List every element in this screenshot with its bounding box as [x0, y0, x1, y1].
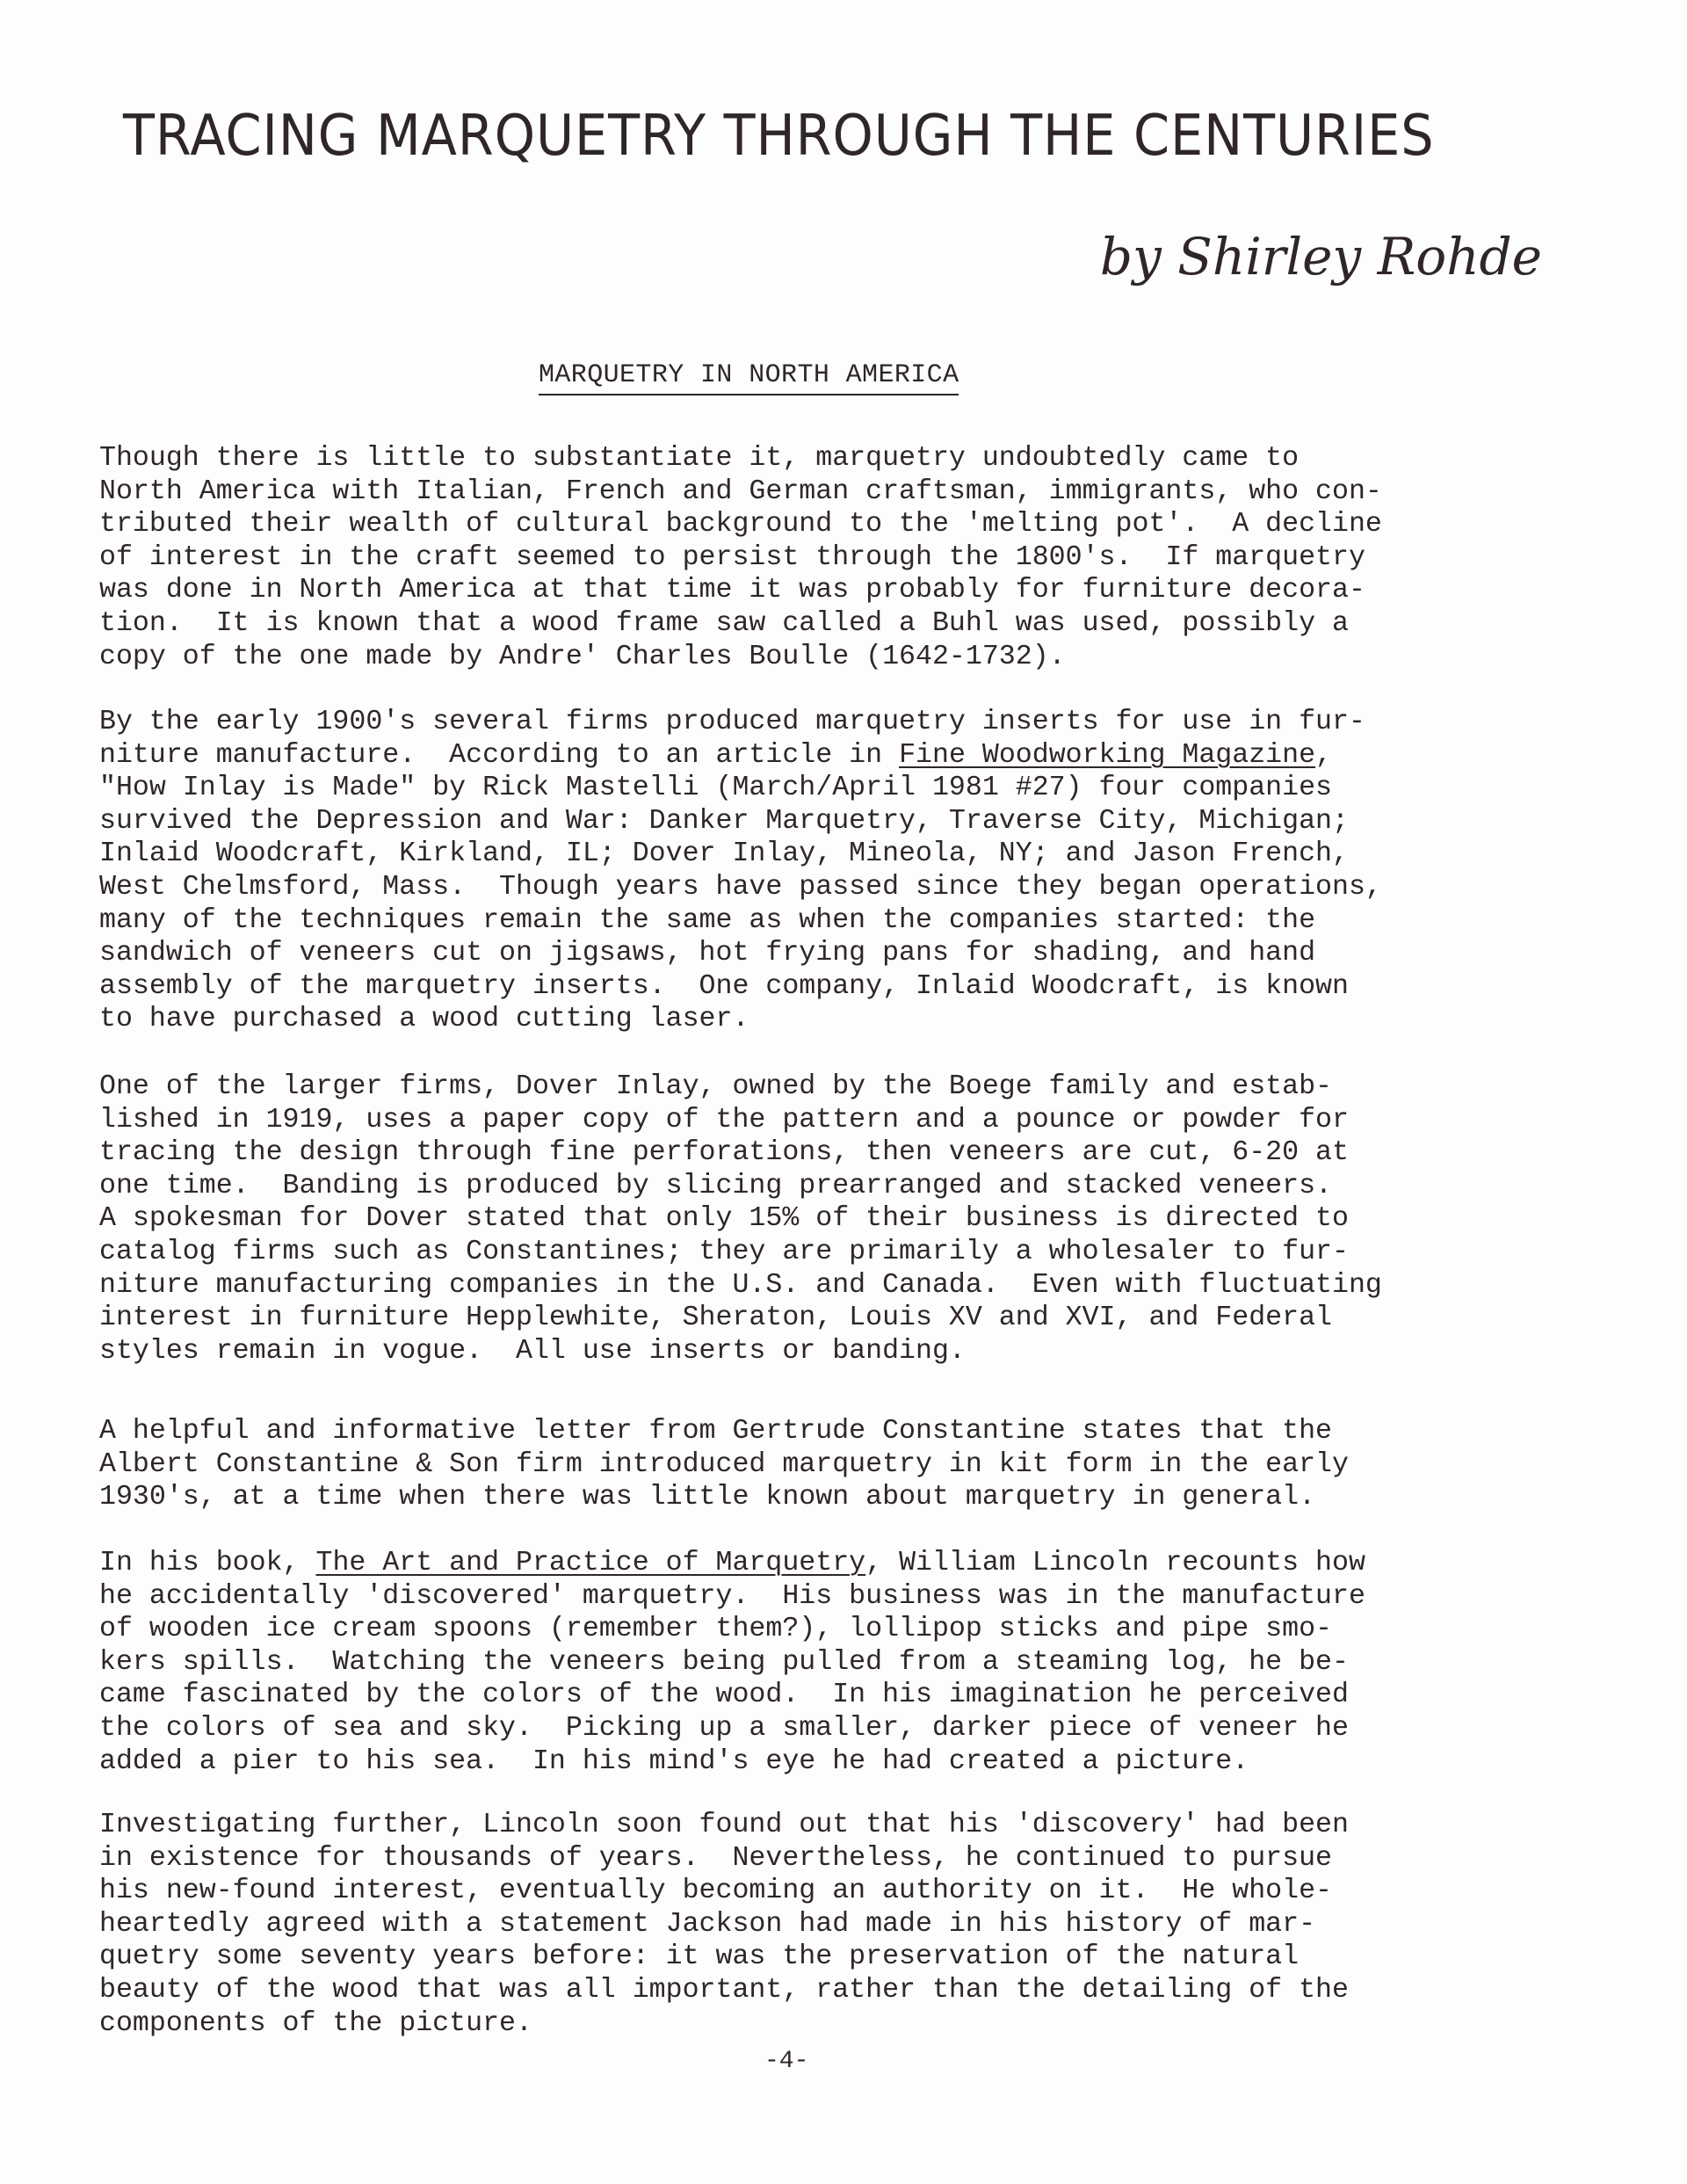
text-segment: components of the picture.	[99, 2008, 532, 2039]
text-segment: In his book,	[99, 1548, 315, 1578]
text-segment: the colors of sea and sky. Picking up a …	[99, 1713, 1349, 1744]
text-line: North America with Italian, French and G…	[99, 475, 1646, 509]
text-segment: tion. It is known that a wood frame saw …	[99, 608, 1349, 639]
text-line: his new-found interest, eventually becom…	[99, 1875, 1646, 1908]
text-segment: A helpful and informative letter from Ge…	[99, 1416, 1332, 1447]
text-segment: heartedly agreed with a statement Jackso…	[99, 1909, 1315, 1940]
text-segment: lished in 1919, uses a paper copy of the…	[99, 1105, 1349, 1136]
text-segment: Albert Constantine & Son firm introduced…	[99, 1449, 1349, 1480]
text-line: By the early 1900's several firms produc…	[99, 706, 1646, 739]
text-segment: Investigating further, Lincoln soon foun…	[99, 1810, 1349, 1840]
text-line: tracing the design through fine perforat…	[99, 1136, 1646, 1170]
text-line: catalog firms such as Constantines; they…	[99, 1236, 1646, 1269]
text-line: "How Inlay is Made" by Rick Mastelli (Ma…	[99, 772, 1646, 805]
text-segment: 1930's, at a time when there was little …	[99, 1482, 1315, 1513]
text-line: Albert Constantine & Son firm introduced…	[99, 1448, 1646, 1482]
text-segment: West Chelmsford, Mass. Though years have…	[99, 872, 1382, 903]
text-line: One of the larger firms, Dover Inlay, ow…	[99, 1070, 1646, 1104]
text-line: interest in furniture Hepplewhite, Shera…	[99, 1302, 1646, 1335]
text-line: copy of the one made by Andre' Charles B…	[99, 641, 1646, 674]
text-line: lished in 1919, uses a paper copy of the…	[99, 1104, 1646, 1137]
text-segment: , William Lincoln recounts how	[865, 1548, 1365, 1578]
text-line: beauty of the wood that was all importan…	[99, 1974, 1646, 2007]
section-heading: MARQUETRY IN NORTH AMERICA	[539, 360, 959, 395]
paragraph-4: A helpful and informative letter from Ge…	[99, 1415, 1646, 1514]
paragraph-1: Though there is little to substantiate i…	[99, 442, 1646, 673]
text-segment: came fascinated by the colors of the woo…	[99, 1680, 1349, 1710]
text-segment: kers spills. Watching the veneers being …	[99, 1647, 1349, 1678]
text-segment: styles remain in vogue. All use inserts …	[99, 1336, 966, 1367]
paragraph-3: One of the larger firms, Dover Inlay, ow…	[99, 1070, 1646, 1368]
text-line: tion. It is known that a wood frame saw …	[99, 607, 1646, 641]
paragraph-6: Investigating further, Lincoln soon foun…	[99, 1809, 1646, 2040]
text-segment: of interest in the craft seemed to persi…	[99, 542, 1365, 573]
text-segment: copy of the one made by Andre' Charles B…	[99, 642, 1066, 672]
text-line: to have purchased a wood cutting laser.	[99, 1003, 1646, 1036]
text-line: niture manufacture. According to an arti…	[99, 739, 1646, 773]
text-segment: niture manufacturing companies in the U.…	[99, 1270, 1382, 1301]
underlined-title: The Art and Practice of Marquetry	[315, 1548, 865, 1578]
text-line: A helpful and informative letter from Ge…	[99, 1415, 1646, 1448]
text-segment: Though there is little to substantiate i…	[99, 443, 1299, 474]
text-line: quetry some seventy years before: it was…	[99, 1941, 1646, 1974]
text-segment: assembly of the marquetry inserts. One c…	[99, 971, 1349, 1002]
text-segment: to have purchased a wood cutting laser.	[99, 1004, 749, 1034]
text-line: of wooden ice cream spoons (remember the…	[99, 1613, 1646, 1646]
page-number: -4-	[764, 2048, 808, 2075]
text-line: In his book, The Art and Practice of Mar…	[99, 1547, 1646, 1580]
text-segment: interest in furniture Hepplewhite, Shera…	[99, 1302, 1332, 1333]
text-line: in existence for thousands of years. Nev…	[99, 1842, 1646, 1876]
author-byline: by Shirley Rohde	[1100, 227, 1542, 287]
text-line: came fascinated by the colors of the woo…	[99, 1679, 1646, 1712]
text-segment: one time. Banding is produced by slicing…	[99, 1171, 1332, 1201]
text-segment: many of the techniques remain the same a…	[99, 905, 1315, 936]
text-segment: in existence for thousands of years. Nev…	[99, 1843, 1332, 1874]
text-line: heartedly agreed with a statement Jackso…	[99, 1908, 1646, 1941]
text-segment: survived the Depression and War: Danker …	[99, 806, 1349, 837]
text-line: niture manufacturing companies in the U.…	[99, 1269, 1646, 1302]
article-title: TRACING MARQUETRY THROUGH THE CENTURIES	[123, 104, 1449, 169]
text-line: tributed their wealth of cultural backgr…	[99, 508, 1646, 541]
text-segment: catalog firms such as Constantines; they…	[99, 1237, 1349, 1267]
underlined-title: Fine Woodworking Magazine	[899, 740, 1315, 771]
text-segment: was done in North America at that time i…	[99, 575, 1365, 606]
text-line: Investigating further, Lincoln soon foun…	[99, 1809, 1646, 1842]
text-segment: he accidentally 'discovered' marquetry. …	[99, 1581, 1365, 1612]
text-line: Though there is little to substantiate i…	[99, 442, 1646, 475]
text-segment: quetry some seventy years before: it was…	[99, 1941, 1299, 1972]
text-line: sandwich of veneers cut on jigsaws, hot …	[99, 937, 1646, 970]
text-segment: tracing the design through fine perforat…	[99, 1137, 1349, 1168]
text-line: kers spills. Watching the veneers being …	[99, 1646, 1646, 1680]
text-line: West Chelmsford, Mass. Though years have…	[99, 871, 1646, 904]
text-line: styles remain in vogue. All use inserts …	[99, 1335, 1646, 1368]
text-segment: ,	[1315, 740, 1332, 771]
text-segment: North America with Italian, French and G…	[99, 476, 1382, 507]
text-line: 1930's, at a time when there was little …	[99, 1481, 1646, 1514]
text-line: A spokesman for Dover stated that only 1…	[99, 1202, 1646, 1236]
text-line: one time. Banding is produced by slicing…	[99, 1170, 1646, 1203]
text-segment: Inlaid Woodcraft, Kirkland, IL; Dover In…	[99, 838, 1349, 869]
text-line: many of the techniques remain the same a…	[99, 904, 1646, 938]
text-line: assembly of the marquetry inserts. One c…	[99, 970, 1646, 1004]
text-line: the colors of sea and sky. Picking up a …	[99, 1712, 1646, 1745]
text-segment: beauty of the wood that was all importan…	[99, 1975, 1349, 2006]
text-line: Inlaid Woodcraft, Kirkland, IL; Dover In…	[99, 838, 1646, 871]
text-segment: niture manufacture. According to an arti…	[99, 740, 899, 771]
text-segment: "How Inlay is Made" by Rick Mastelli (Ma…	[99, 773, 1332, 803]
text-line: of interest in the craft seemed to persi…	[99, 541, 1646, 575]
text-line: components of the picture.	[99, 2007, 1646, 2041]
paragraph-5: In his book, The Art and Practice of Mar…	[99, 1547, 1646, 1778]
text-line: was done in North America at that time i…	[99, 574, 1646, 607]
text-segment: One of the larger firms, Dover Inlay, ow…	[99, 1071, 1332, 1102]
paragraph-2: By the early 1900's several firms produc…	[99, 706, 1646, 1036]
text-segment: tributed their wealth of cultural backgr…	[99, 509, 1382, 540]
text-segment: By the early 1900's several firms produc…	[99, 707, 1365, 737]
text-line: survived the Depression and War: Danker …	[99, 805, 1646, 838]
text-segment: of wooden ice cream spoons (remember the…	[99, 1614, 1332, 1644]
text-segment: sandwich of veneers cut on jigsaws, hot …	[99, 938, 1315, 969]
text-segment: his new-found interest, eventually becom…	[99, 1876, 1332, 1906]
text-segment: added a pier to his sea. In his mind's e…	[99, 1746, 1249, 1777]
text-segment: A spokesman for Dover stated that only 1…	[99, 1203, 1349, 1234]
text-line: he accidentally 'discovered' marquetry. …	[99, 1580, 1646, 1614]
text-line: added a pier to his sea. In his mind's e…	[99, 1745, 1646, 1779]
